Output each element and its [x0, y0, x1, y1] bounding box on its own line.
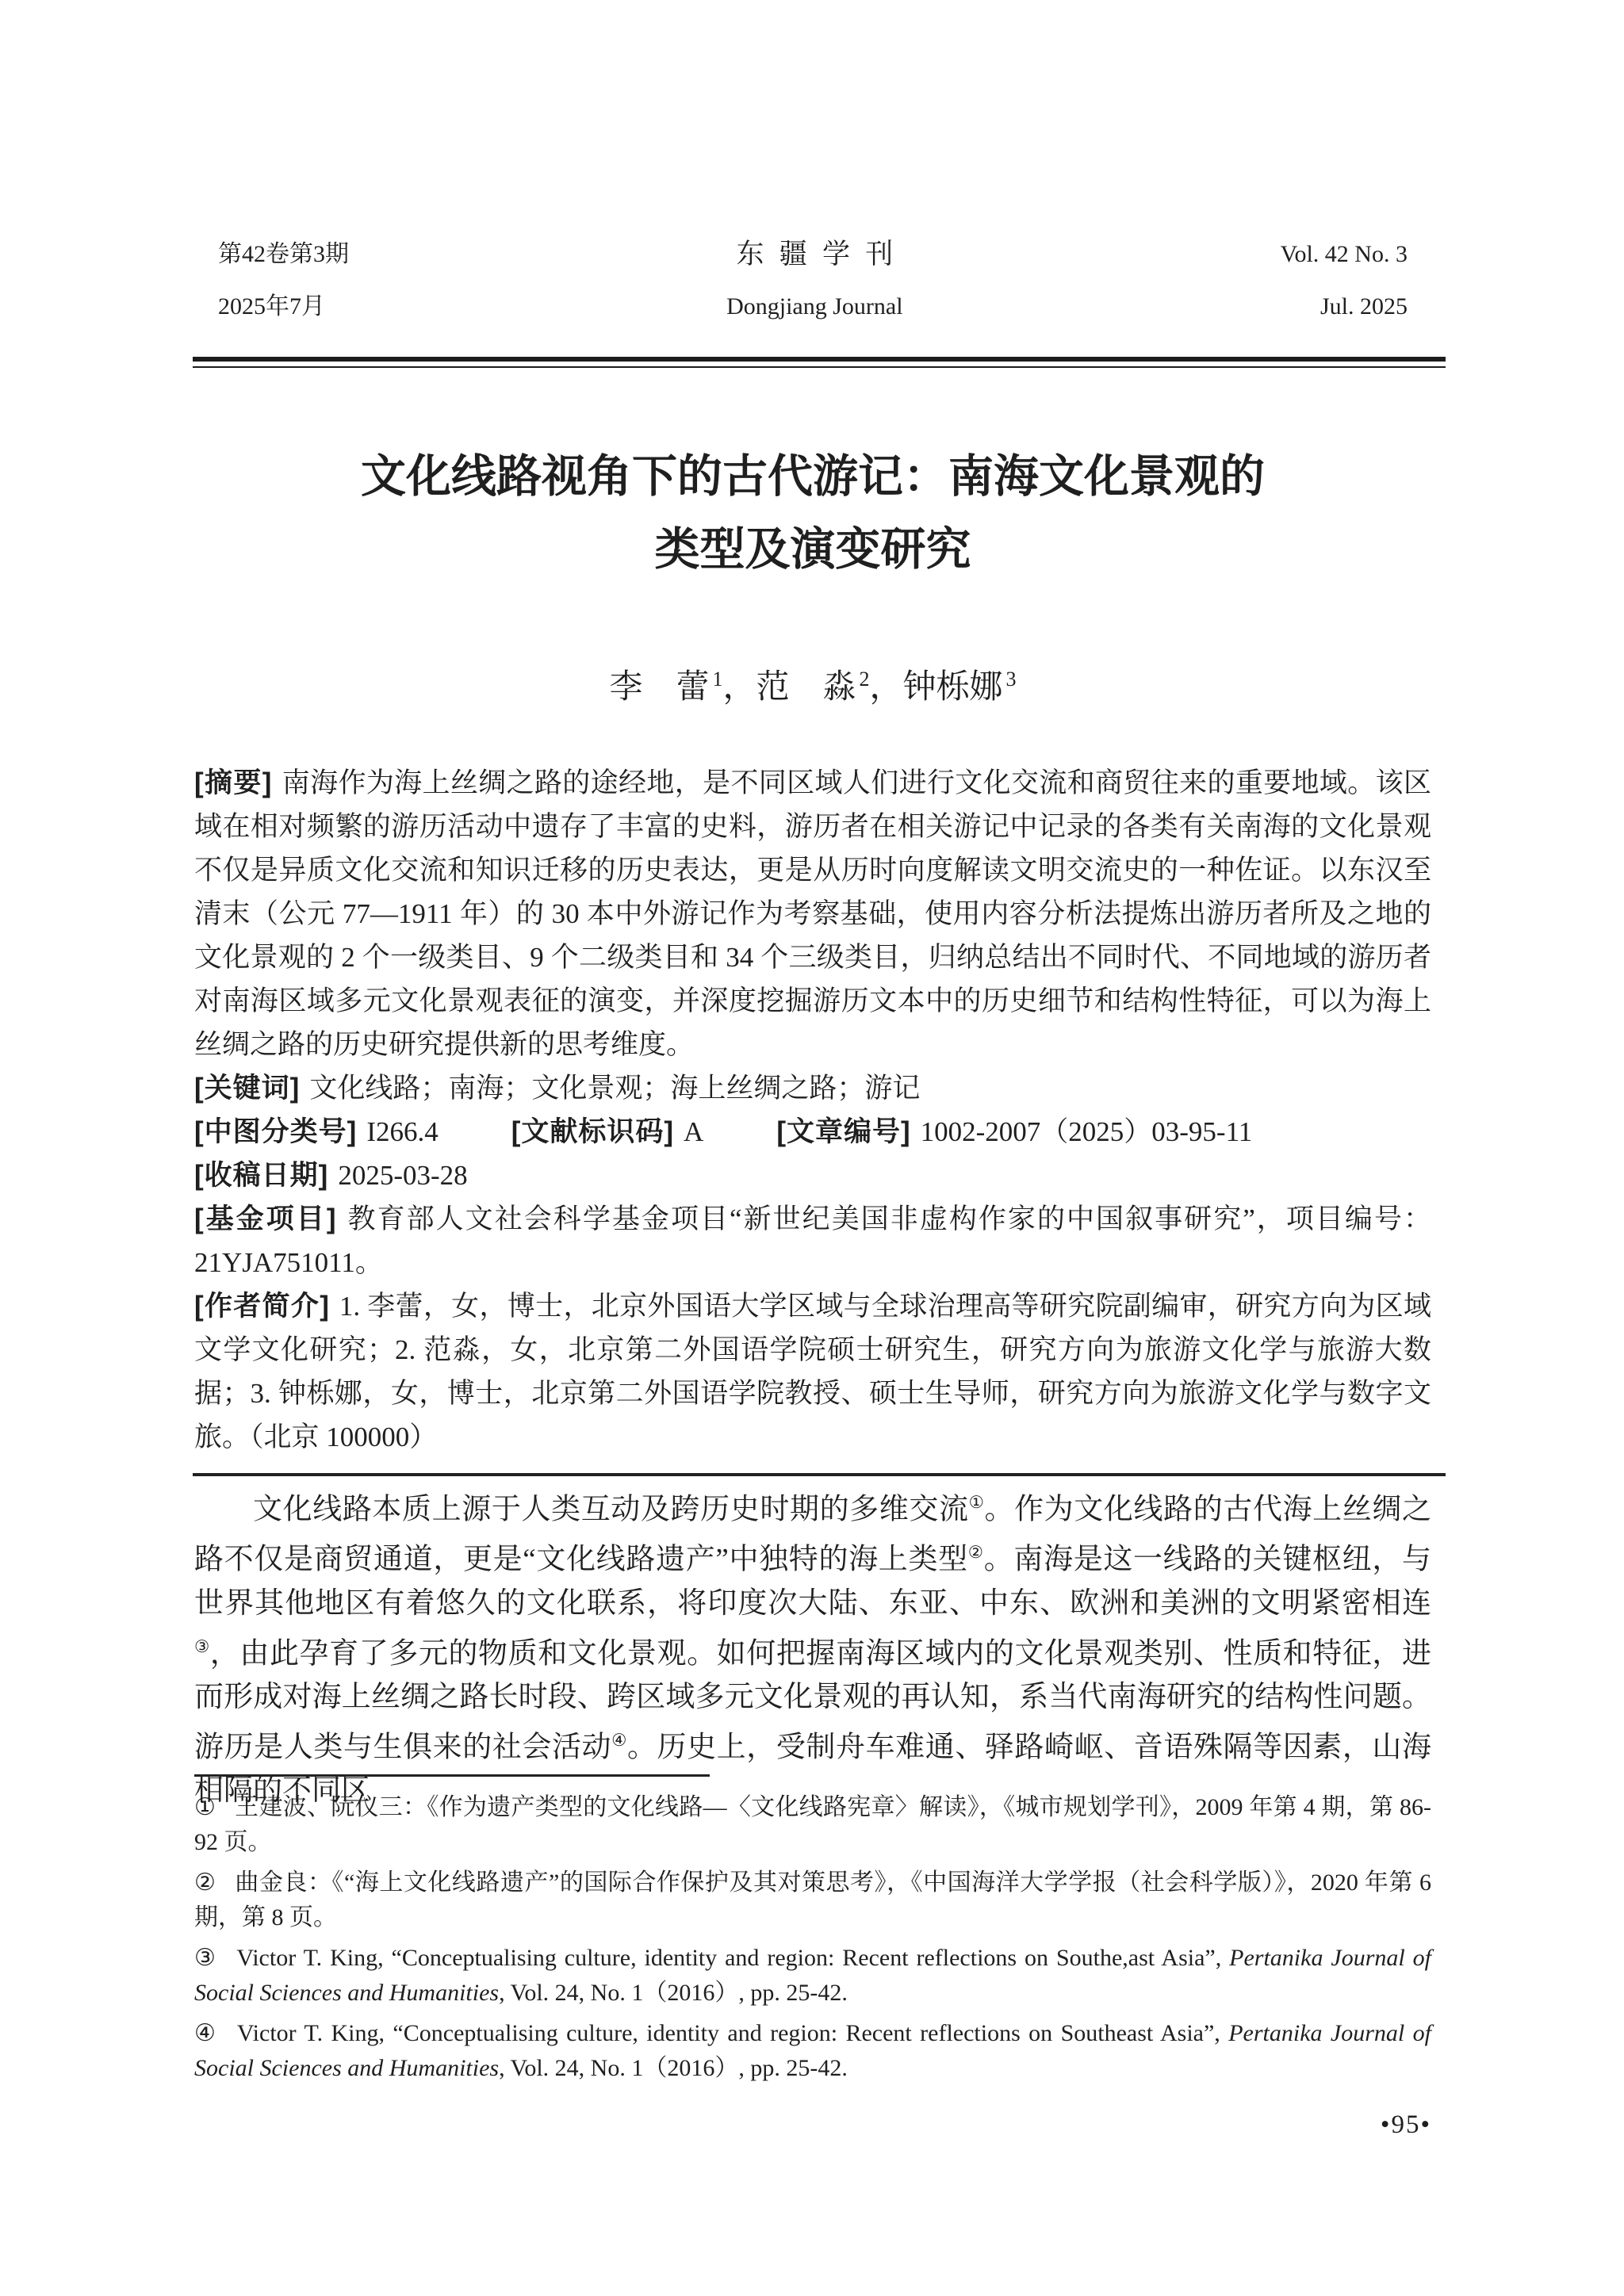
author-3-affiliation-mark: 3 — [1006, 668, 1017, 691]
journal-name-cn: 东疆学刊 — [721, 228, 908, 281]
footnote-2-mark: ② — [194, 1869, 216, 1896]
article-id-value: 1002-2007（2025）03-95-11 — [921, 1116, 1253, 1147]
journal-name-en: Dongjiang Journal — [721, 281, 908, 333]
fund-label: [基金项目] — [194, 1203, 337, 1234]
header-volume-block: Vol. 42 No. 3 Jul. 2025 — [1281, 228, 1431, 333]
header-divider-rule — [193, 357, 1446, 368]
footnote-2-text: 曲金良：《“海上文化线路遗产”的国际合作保护及其对策思考》，《中国海洋大学学报（… — [194, 1869, 1431, 1931]
article-body: 文化线路本质上源于人类互动及跨历史时期的多维交流①。作为文化线路的古代海上丝绸之… — [194, 1481, 1431, 1812]
footnote-4-text: Victor T. King, “Conceptualising culture… — [194, 2020, 1431, 2081]
author-separator: ， — [870, 669, 903, 706]
footnote-1-mark: ① — [194, 1794, 216, 1820]
received-date-line: [收稿日期]2025-03-28 — [194, 1154, 1431, 1197]
article-id-label: [文章编号] — [776, 1116, 910, 1147]
footnote-1: ①王建波、阮仪三：《作为遗产类型的文化线路—〈文化线路宪章〉解读》，《城市规划学… — [194, 1790, 1431, 1860]
footnotes: ①王建波、阮仪三：《作为遗产类型的文化线路—〈文化线路宪章〉解读》，《城市规划学… — [194, 1790, 1431, 2091]
footnote-2: ②曲金良：《“海上文化线路遗产”的国际合作保护及其对策思考》，《中国海洋大学学报… — [194, 1865, 1431, 1935]
front-matter-divider-rule — [193, 1473, 1446, 1476]
footnote-4-mark: ④ — [194, 2020, 218, 2046]
authors-line: 李 蕾1，范 淼2，钟栎娜3 — [194, 652, 1431, 715]
author-2: 范 淼2 — [756, 669, 869, 706]
doc-code-label: [文献标识码] — [511, 1116, 674, 1147]
page-number: •95• — [194, 2110, 1431, 2140]
footnote-1-text: 王建波、阮仪三：《作为遗产类型的文化线路—〈文化线路宪章〉解读》，《城市规划学刊… — [194, 1794, 1431, 1855]
received-date-label: [收稿日期] — [194, 1160, 328, 1191]
issue-volume-en: Vol. 42 No. 3 — [1281, 228, 1408, 281]
footnote-3: ③Victor T. King, “Conceptualising cultur… — [194, 1941, 1431, 2011]
abstract-label: [摘要] — [194, 767, 272, 798]
author-bio-paragraph: [作者简介]1. 李蕾，女，博士，北京外国语大学区域与全球治理高等研究院副编审，… — [194, 1284, 1431, 1459]
fund-paragraph: [基金项目]教育部人文社会科学基金项目“新世纪美国非虚构作家的中国叙事研究”，项… — [194, 1197, 1431, 1284]
issue-date-cn: 2025年7月 — [218, 281, 349, 333]
issue-volume-cn: 第42卷第3期 — [218, 228, 349, 281]
author-separator: ， — [722, 669, 756, 706]
classification-line: [中图分类号]I266.4[文献标识码]A[文章编号]1002-2007（202… — [194, 1110, 1431, 1154]
journal-page: 第42卷第3期 2025年7月 东疆学刊 Dongjiang Journal V… — [0, 0, 1624, 2296]
keywords-line: [关键词]文化线路；南海；文化景观；海上丝绸之路；游记 — [194, 1066, 1431, 1110]
author-1-affiliation-mark: 1 — [712, 668, 722, 691]
abstract-paragraph: [摘要]南海作为海上丝绸之路的途经地，是不同区域人们进行文化交流和商贸往来的重要… — [194, 761, 1431, 1066]
header-issue-block: 第42卷第3期 2025年7月 — [194, 228, 349, 333]
footnote-3-text: Victor T. King, “Conceptualising culture… — [194, 1945, 1431, 2006]
author-3: 钟栎娜3 — [903, 669, 1017, 706]
abstract-text: 南海作为海上丝绸之路的途经地，是不同区域人们进行文化交流和商贸往来的重要地域。该… — [194, 767, 1431, 1060]
article-title-line2: 类型及演变研究 — [194, 514, 1431, 587]
article-title-line1: 文化线路视角下的古代游记：南海文化景观的 — [194, 441, 1431, 514]
keywords-label: [关键词] — [194, 1073, 300, 1104]
author-bio-label: [作者简介] — [194, 1291, 330, 1322]
clc-value: I266.4 — [366, 1116, 438, 1147]
received-date-value: 2025-03-28 — [338, 1160, 467, 1191]
footnote-3-mark: ③ — [194, 1945, 217, 1971]
footnote-divider-rule — [194, 1774, 710, 1777]
front-matter: [摘要]南海作为海上丝绸之路的途经地，是不同区域人们进行文化交流和商贸往来的重要… — [194, 761, 1431, 1459]
issue-date-en: Jul. 2025 — [1281, 281, 1408, 333]
author-2-affiliation-mark: 2 — [860, 668, 870, 691]
footnote-4: ④Victor T. King, “Conceptualising cultur… — [194, 2016, 1431, 2086]
author-bio-text: 1. 李蕾，女，博士，北京外国语大学区域与全球治理高等研究院副编审，研究方向为区… — [194, 1291, 1431, 1452]
author-1: 李 蕾1 — [609, 669, 722, 706]
running-head: 第42卷第3期 2025年7月 东疆学刊 Dongjiang Journal V… — [194, 228, 1431, 333]
article-title: 文化线路视角下的古代游记：南海文化景观的 类型及演变研究 — [194, 441, 1431, 587]
keywords-text: 文化线路；南海；文化景观；海上丝绸之路；游记 — [309, 1073, 920, 1104]
doc-code-value: A — [684, 1116, 703, 1147]
fund-text: 教育部人文社会科学基金项目“新世纪美国非虚构作家的中国叙事研究”，项目编号：21… — [194, 1203, 1431, 1278]
body-paragraph-1: 文化线路本质上源于人类互动及跨历史时期的多维交流①。作为文化线路的古代海上丝绸之… — [194, 1481, 1431, 1812]
header-journal-block: 东疆学刊 Dongjiang Journal — [721, 228, 908, 333]
clc-label: [中图分类号] — [194, 1116, 357, 1147]
